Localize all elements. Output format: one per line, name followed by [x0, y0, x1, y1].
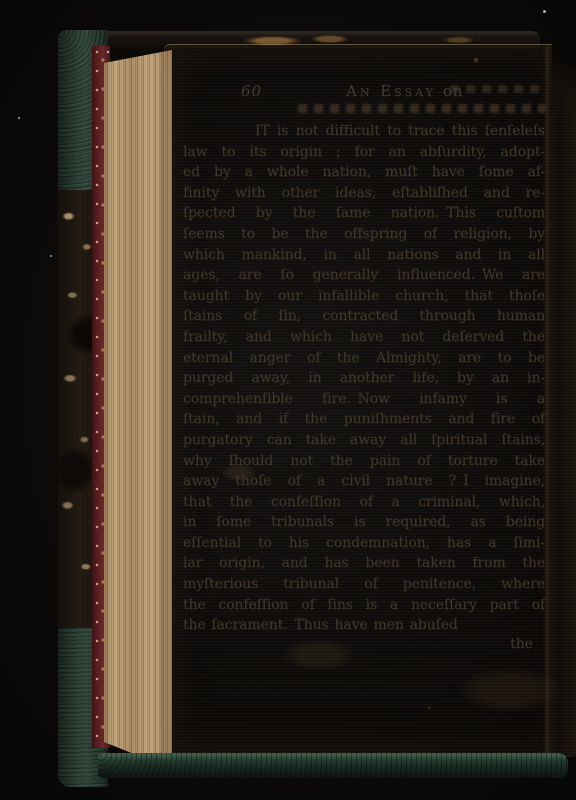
- text-line: IT is not difficult to trace this ſenſel…: [183, 121, 545, 142]
- running-title-smallcaps: An Essay: [346, 82, 436, 100]
- text-line: ſtains of ſin, contracted through human: [183, 306, 545, 327]
- text-line: ages, are ſo generally influenced. We ar…: [183, 265, 545, 286]
- stain: [428, 706, 431, 709]
- text-line: comprehenſible fire. Now infamy is a: [183, 389, 545, 410]
- text-line: ſtain, and if the puniſhments and fire o…: [183, 409, 545, 430]
- page-fore-edges: [104, 50, 172, 757]
- show-through-text: [298, 104, 546, 113]
- stain: [473, 57, 479, 63]
- text-line: lar origin, and has been taken from the: [183, 553, 545, 574]
- text-line: ed by a whole nation, muſt have ſome af-: [183, 162, 545, 183]
- text-line: the ſacrament. Thus have men abuſed: [183, 615, 545, 636]
- text-line: purged away, in another life, by an in-: [183, 368, 545, 389]
- photo-background: 60 An Essayon IT is not difficult to tra…: [0, 0, 576, 800]
- page-header: 60 An Essayon: [183, 82, 545, 104]
- text-line: that the confeſſion of a criminal, which…: [183, 492, 545, 513]
- text-line: law to its origin ; for an abſurdity, ad…: [183, 142, 545, 163]
- text-line: ſeems to be the offspring of religion, b…: [183, 224, 545, 245]
- text-line: which mankind, in all nations and in all: [183, 245, 545, 266]
- dust-speck: [18, 117, 20, 119]
- text-line: away thoſe of a civil nature ? I imagine…: [183, 471, 545, 492]
- text-line: myſterious tribunal of penitence, where: [183, 574, 545, 595]
- body-text: IT is not difficult to trace this ſenſel…: [183, 121, 545, 636]
- running-title: An Essayon: [346, 82, 464, 100]
- text-line: the confeſſion of ſins is a neceſſary pa…: [183, 595, 545, 616]
- text-line: ſpected by the ſame nation. This cuſtom: [183, 203, 545, 224]
- page-number: 60: [241, 82, 262, 100]
- book-page: 60 An Essayon IT is not difficult to tra…: [164, 44, 576, 757]
- page-crease: [546, 44, 548, 757]
- stain: [460, 668, 560, 712]
- text-line: purgatory can take away all ſpiritual ſt…: [183, 430, 545, 451]
- running-title-tail: on: [443, 82, 464, 100]
- catchword: the: [183, 636, 533, 652]
- text-line: eſſential to his condemnation, has a ſim…: [183, 533, 545, 554]
- text-line: in ſome tribunals is required, as being: [183, 512, 545, 533]
- text-line: frailty, and which have not deſerved the: [183, 327, 545, 348]
- dust-speck: [50, 255, 52, 257]
- corner-shadow: [552, 36, 576, 176]
- text-line: finity with other ideas, eſtabliſhed and…: [183, 183, 545, 204]
- text-line: eternal anger of the Almighty, are to be: [183, 348, 545, 369]
- text-line: taught by our infallible church, that th…: [183, 286, 545, 307]
- dust-speck: [543, 10, 546, 13]
- cover-bottom-edge: [98, 753, 568, 778]
- text-line: why ſhould not the pain of torture take: [183, 451, 545, 472]
